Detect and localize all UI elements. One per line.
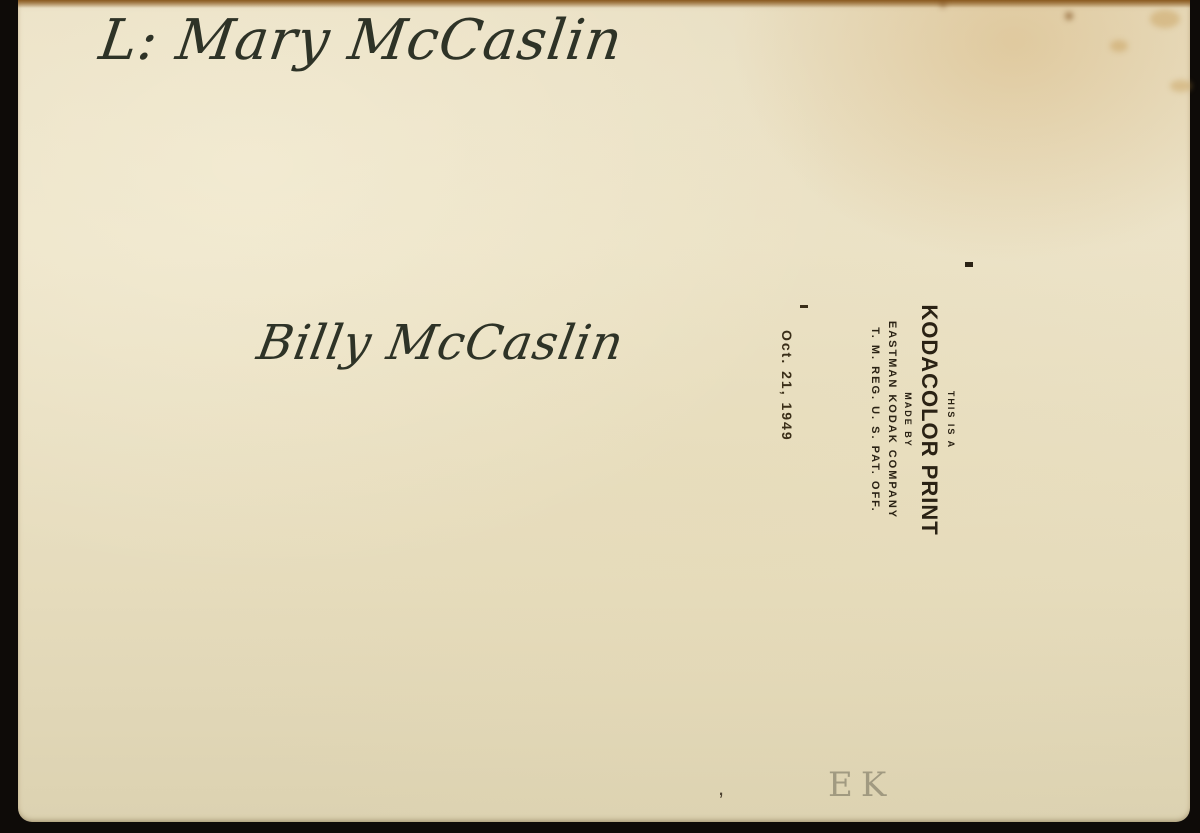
stain	[940, 0, 946, 8]
stamp-line-1: THIS IS A	[946, 265, 955, 575]
stain	[1110, 40, 1128, 52]
photo-back-card	[18, 0, 1190, 822]
kodacolor-stamp: THIS IS A KODACOLOR PRINT MADE BY EASTMA…	[863, 265, 955, 575]
stamp-line-3: MADE BY	[903, 265, 912, 575]
ink-mark: ,	[718, 775, 724, 801]
stain	[1065, 12, 1073, 20]
handwritten-caption-mary: L: Mary McCaslin	[95, 8, 626, 73]
ek-watermark: EK	[828, 765, 894, 805]
aged-top-edge	[18, 0, 1190, 8]
stamp-line-4: EASTMAN KODAK COMPANY	[886, 265, 897, 575]
stamp-line-5: T. M. REG. U. S. PAT. OFF.	[869, 265, 880, 575]
stain	[1150, 10, 1180, 28]
stamp-tick-mark	[965, 262, 973, 267]
stamp-tick-mark	[800, 305, 808, 308]
stain	[1170, 80, 1192, 92]
stamp-line-2: KODACOLOR PRINT	[918, 265, 940, 575]
print-date-stamp: Oct. 21, 1949	[779, 330, 795, 442]
handwritten-caption-billy: Billy McCaslin	[253, 315, 628, 371]
